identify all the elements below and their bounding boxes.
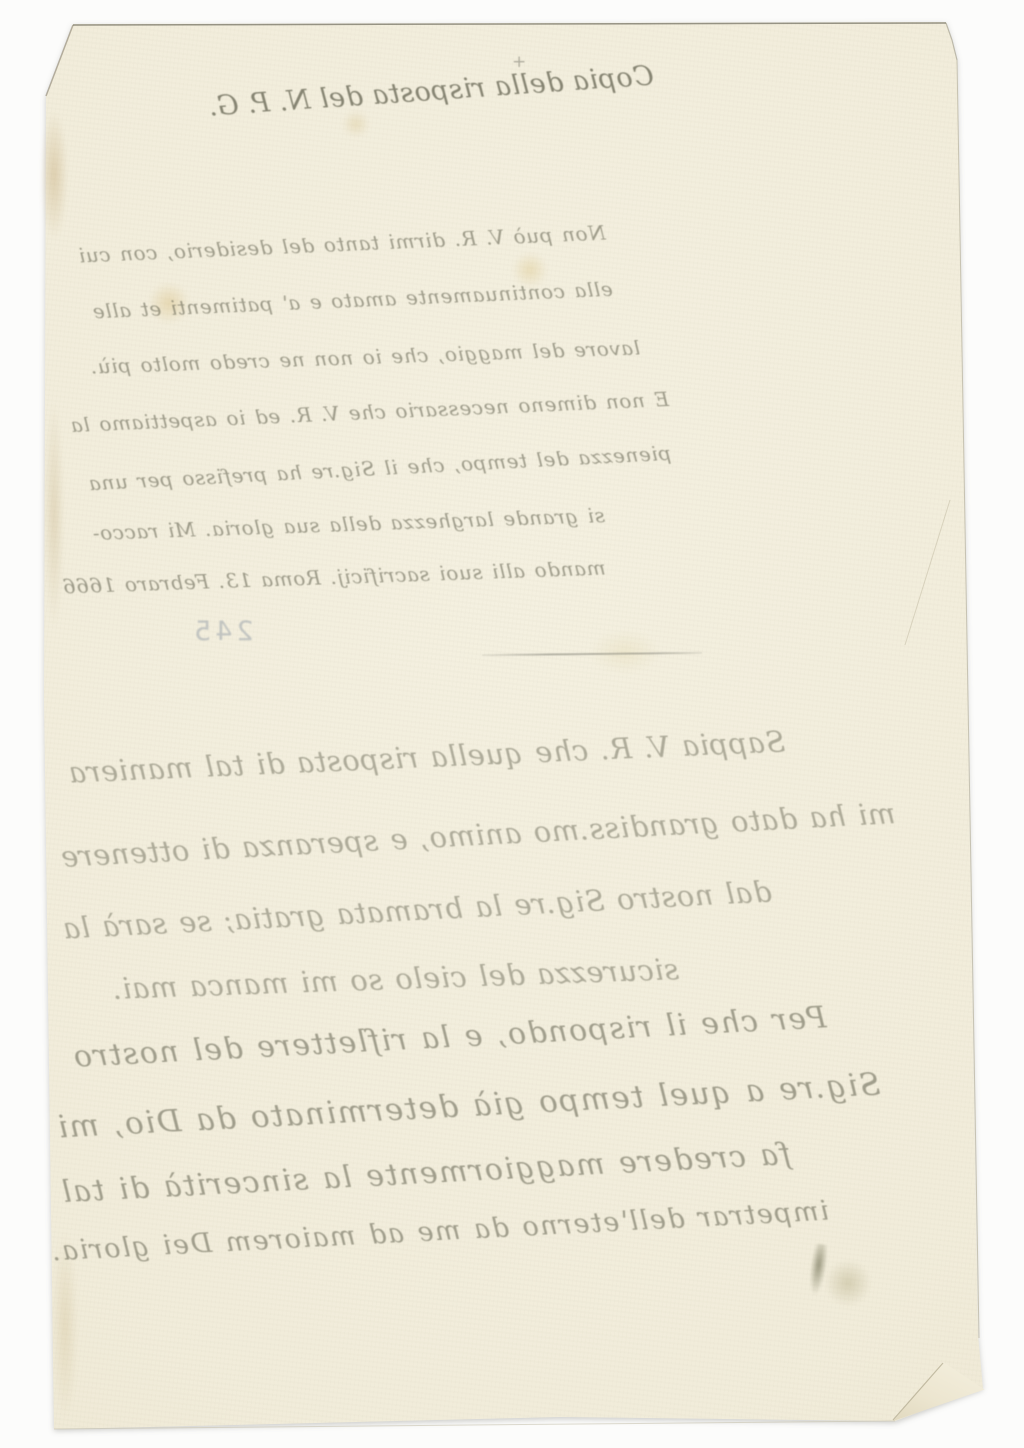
stain [826, 1258, 870, 1308]
stain [342, 110, 370, 138]
stain [40, 110, 68, 240]
folio-number-stamp: 245 [190, 616, 254, 647]
document-scan: + Copia della risposta del N. P. G. Non … [0, 0, 1024, 1448]
stain [44, 400, 64, 630]
